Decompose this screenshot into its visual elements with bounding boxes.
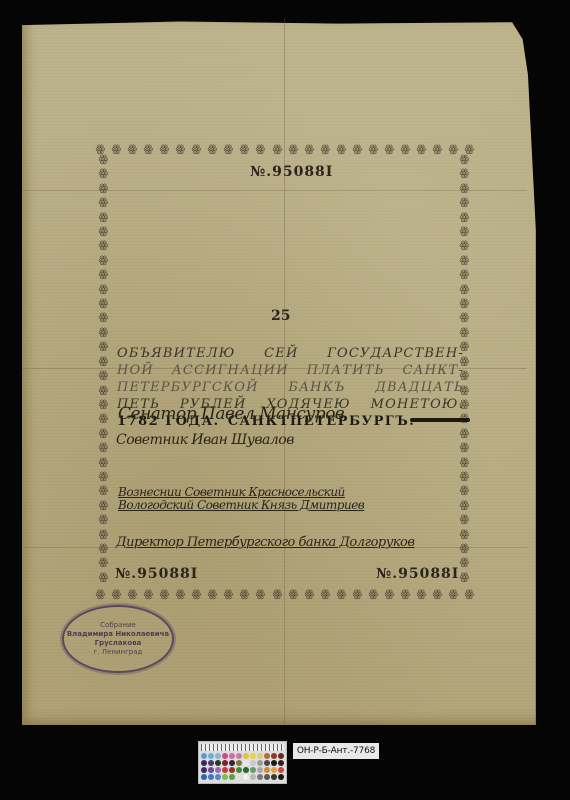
border-ornament-glyph: ꙮ [288,589,298,600]
border-ornament-glyph: ꙮ [98,299,108,309]
color-swatch [271,767,277,773]
color-swatch [257,774,263,780]
color-swatch [271,760,277,766]
color-swatch [264,774,270,780]
word: ассигнации [172,362,289,379]
denomination: 25 [271,308,290,324]
word: государствен- [327,345,464,362]
border-ornament-glyph: ꙮ [459,472,469,482]
border-ornament-glyph: ꙮ [98,386,108,396]
color-swatch [278,753,284,759]
stamp-line: Груслакова [95,639,142,648]
border-ornament-glyph: ꙮ [256,589,266,600]
border-ornament-glyph: ꙮ [96,144,106,155]
border-ornament-glyph: ꙮ [384,589,394,600]
signature-director: Директор Петербургского банка Долгоруков [116,535,414,550]
border-ornament-glyph: ꙮ [208,144,218,155]
border-ornament-glyph: ꙮ [459,227,469,237]
border-ornament-glyph: ꙮ [98,357,108,367]
color-swatch [201,753,207,759]
color-swatch [222,753,228,759]
border-ornament-glyph: ꙮ [272,144,282,155]
border-ornament-glyph: ꙮ [240,144,250,155]
word: ной [117,362,154,379]
border-ornament-glyph: ꙮ [433,144,443,155]
color-swatch [250,767,256,773]
signature-senator: Сенатор Павел Мансуров [118,404,344,424]
border-ornament-glyph: ꙮ [208,589,218,600]
word: двадцать [375,379,464,396]
border-ornament-glyph: ꙮ [459,443,469,453]
color-swatch [264,767,270,773]
border-ornament-glyph: ꙮ [98,213,108,223]
border-ornament-glyph: ꙮ [288,144,298,155]
border-ornament-glyph: ꙮ [459,256,469,266]
color-swatch [229,760,235,766]
color-swatch [215,767,221,773]
border-ornament-glyph: ꙮ [459,328,469,338]
border-ornament-glyph: ꙮ [459,299,469,309]
color-swatch [278,760,284,766]
border-ornament-glyph: ꙮ [176,589,186,600]
border-ornament-glyph: ꙮ [459,213,469,223]
collection-stamp: Собрание Владимира Николаевича Груслаков… [62,605,174,673]
ornamental-border-top: ꙮꙮꙮꙮꙮꙮꙮꙮꙮꙮꙮꙮꙮꙮꙮꙮꙮꙮꙮꙮꙮꙮꙮꙮ [96,143,474,155]
border-ornament-glyph: ꙮ [400,144,410,155]
border-ornament-glyph: ꙮ [98,486,108,496]
word: Санкт- [403,362,464,379]
border-ornament-glyph: ꙮ [160,144,170,155]
border-ornament-glyph: ꙮ [112,589,122,600]
border-ornament-glyph: ꙮ [384,144,394,155]
border-ornament-glyph: ꙮ [465,589,475,600]
border-ornament-glyph: ꙮ [256,144,266,155]
border-ornament-glyph: ꙮ [320,589,330,600]
color-swatch [215,774,221,780]
word: петербургской [117,379,259,396]
border-ornament-glyph: ꙮ [98,400,108,410]
serial-number-bottom-left: №.95088I [115,566,198,582]
color-swatch [257,753,263,759]
border-ornament-glyph: ꙮ [459,198,469,208]
color-swatch [229,767,235,773]
word: банкъ [288,379,345,396]
color-swatch [215,753,221,759]
color-swatch [201,767,207,773]
scale-ruler [201,744,284,751]
color-swatch [222,760,228,766]
border-ornament-glyph: ꙮ [98,198,108,208]
color-swatch [250,753,256,759]
border-ornament-glyph: ꙮ [98,472,108,482]
border-ornament-glyph: ꙮ [192,589,202,600]
color-swatch [236,760,242,766]
border-ornament-glyph: ꙮ [352,144,362,155]
border-ornament-glyph: ꙮ [98,558,108,568]
border-ornament-glyph: ꙮ [459,544,469,554]
border-ornament-glyph: ꙮ [459,573,469,583]
signature-councillor: Советник Иван Шувалов [116,432,294,448]
border-ornament-glyph: ꙮ [112,144,122,155]
border-ornament-glyph: ꙮ [459,155,469,165]
color-swatch [201,760,207,766]
border-ornament-glyph: ꙮ [98,429,108,439]
border-ornament-glyph: ꙮ [336,589,346,600]
border-ornament-glyph: ꙮ [352,589,362,600]
color-swatch [257,767,263,773]
word: монетою. [371,396,464,413]
color-calibration-card [198,741,287,784]
border-ornament-glyph: ꙮ [459,241,469,251]
color-swatch [250,774,256,780]
border-ornament-glyph: ꙮ [98,313,108,323]
border-ornament-glyph: ꙮ [98,184,108,194]
border-ornament-glyph: ꙮ [459,184,469,194]
border-ornament-glyph: ꙮ [449,589,459,600]
border-ornament-glyph: ꙮ [304,589,314,600]
border-ornament-glyph: ꙮ [224,589,234,600]
signature-flourish [410,418,470,422]
border-ornament-glyph: ꙮ [98,515,108,525]
serial-number-bottom-right: №.95088I [376,566,459,582]
signature-line-4: Вологодский Советник Князь Дмитриев [118,498,364,512]
color-swatch [243,774,249,780]
color-swatch [222,774,228,780]
color-swatch [208,753,214,759]
border-ornament-glyph: ꙮ [368,589,378,600]
border-ornament-glyph: ꙮ [459,313,469,323]
color-swatch [243,767,249,773]
border-ornament-glyph: ꙮ [144,144,154,155]
color-swatch [278,767,284,773]
border-ornament-glyph: ꙮ [98,241,108,251]
border-ornament-glyph: ꙮ [459,558,469,568]
border-ornament-glyph: ꙮ [459,515,469,525]
color-swatch [278,774,284,780]
color-swatch [208,774,214,780]
border-ornament-glyph: ꙮ [304,144,314,155]
color-swatch [229,774,235,780]
serial-number-top: №.95088I [250,164,333,180]
border-ornament-glyph: ꙮ [459,458,469,468]
border-ornament-glyph: ꙮ [98,342,108,352]
stamp-line: г. Ленинград [94,648,143,657]
border-ornament-glyph: ꙮ [459,285,469,295]
color-swatch [271,753,277,759]
signature-line-3: Вознеснии Советник Красносельский [118,485,345,499]
border-ornament-glyph: ꙮ [433,589,443,600]
border-ornament-glyph: ꙮ [98,328,108,338]
stamp-line: Собрание [100,621,136,630]
border-ornament-glyph: ꙮ [98,270,108,280]
color-swatch [264,760,270,766]
color-swatch [243,753,249,759]
color-swatch [215,760,221,766]
border-ornament-glyph: ꙮ [368,144,378,155]
border-ornament-glyph: ꙮ [98,458,108,468]
color-swatch [271,774,277,780]
border-ornament-glyph: ꙮ [459,270,469,280]
color-swatch [264,753,270,759]
border-ornament-glyph: ꙮ [128,144,138,155]
color-swatches [201,753,284,780]
color-swatch [201,774,207,780]
word: Объявителю [117,345,235,362]
color-swatch [257,760,263,766]
printed-line: ной ассигнации платить Санкт- [117,362,464,379]
color-swatch [208,767,214,773]
border-ornament-glyph: ꙮ [98,530,108,540]
border-ornament-glyph: ꙮ [144,589,154,600]
color-swatch [236,774,242,780]
border-ornament-glyph: ꙮ [98,169,108,179]
border-ornament-glyph: ꙮ [459,530,469,540]
word: сей [264,345,298,362]
color-swatch [250,760,256,766]
border-ornament-glyph: ꙮ [224,144,234,155]
border-ornament-glyph: ꙮ [98,501,108,511]
stamp-line: Владимира Николаевича [67,630,169,639]
border-ornament-glyph: ꙮ [320,144,330,155]
border-ornament-glyph: ꙮ [98,285,108,295]
border-ornament-glyph: ꙮ [98,414,108,424]
printed-line: петербургской банкъ двадцать [117,379,464,396]
border-ornament-glyph: ꙮ [160,589,170,600]
border-ornament-glyph: ꙮ [98,155,108,165]
word: платить [307,362,385,379]
color-swatch [229,753,235,759]
border-ornament-glyph: ꙮ [128,589,138,600]
border-ornament-glyph: ꙮ [459,486,469,496]
archive-id-label: ОН-Р-Б-Ант.-7768 [293,743,379,759]
border-ornament-glyph: ꙮ [98,371,108,381]
ornamental-border-left: ꙮꙮꙮꙮꙮꙮꙮꙮꙮꙮꙮꙮꙮꙮꙮꙮꙮꙮꙮꙮꙮꙮꙮꙮꙮꙮꙮꙮꙮꙮ [97,155,109,583]
border-ornament-glyph: ꙮ [98,227,108,237]
border-ornament-glyph: ꙮ [459,169,469,179]
border-ornament-glyph: ꙮ [98,443,108,453]
border-ornament-glyph: ꙮ [98,573,108,583]
border-ornament-glyph: ꙮ [449,144,459,155]
border-ornament-glyph: ꙮ [176,144,186,155]
border-ornament-glyph: ꙮ [96,589,106,600]
border-ornament-glyph: ꙮ [459,501,469,511]
border-ornament-glyph: ꙮ [465,144,475,155]
border-ornament-glyph: ꙮ [272,589,282,600]
border-ornament-glyph: ꙮ [459,429,469,439]
border-ornament-glyph: ꙮ [192,144,202,155]
color-swatch [208,760,214,766]
ornamental-border-bottom: ꙮꙮꙮꙮꙮꙮꙮꙮꙮꙮꙮꙮꙮꙮꙮꙮꙮꙮꙮꙮꙮꙮꙮꙮ [96,588,474,600]
color-swatch [236,753,242,759]
border-ornament-glyph: ꙮ [240,589,250,600]
border-ornament-glyph: ꙮ [98,544,108,554]
printed-line: Объявителю сей государствен- [117,345,464,362]
color-swatch [236,767,242,773]
border-ornament-glyph: ꙮ [416,144,426,155]
border-ornament-glyph: ꙮ [416,589,426,600]
color-swatch [222,767,228,773]
border-ornament-glyph: ꙮ [98,256,108,266]
border-ornament-glyph: ꙮ [336,144,346,155]
border-ornament-glyph: ꙮ [400,589,410,600]
color-swatch [243,760,249,766]
